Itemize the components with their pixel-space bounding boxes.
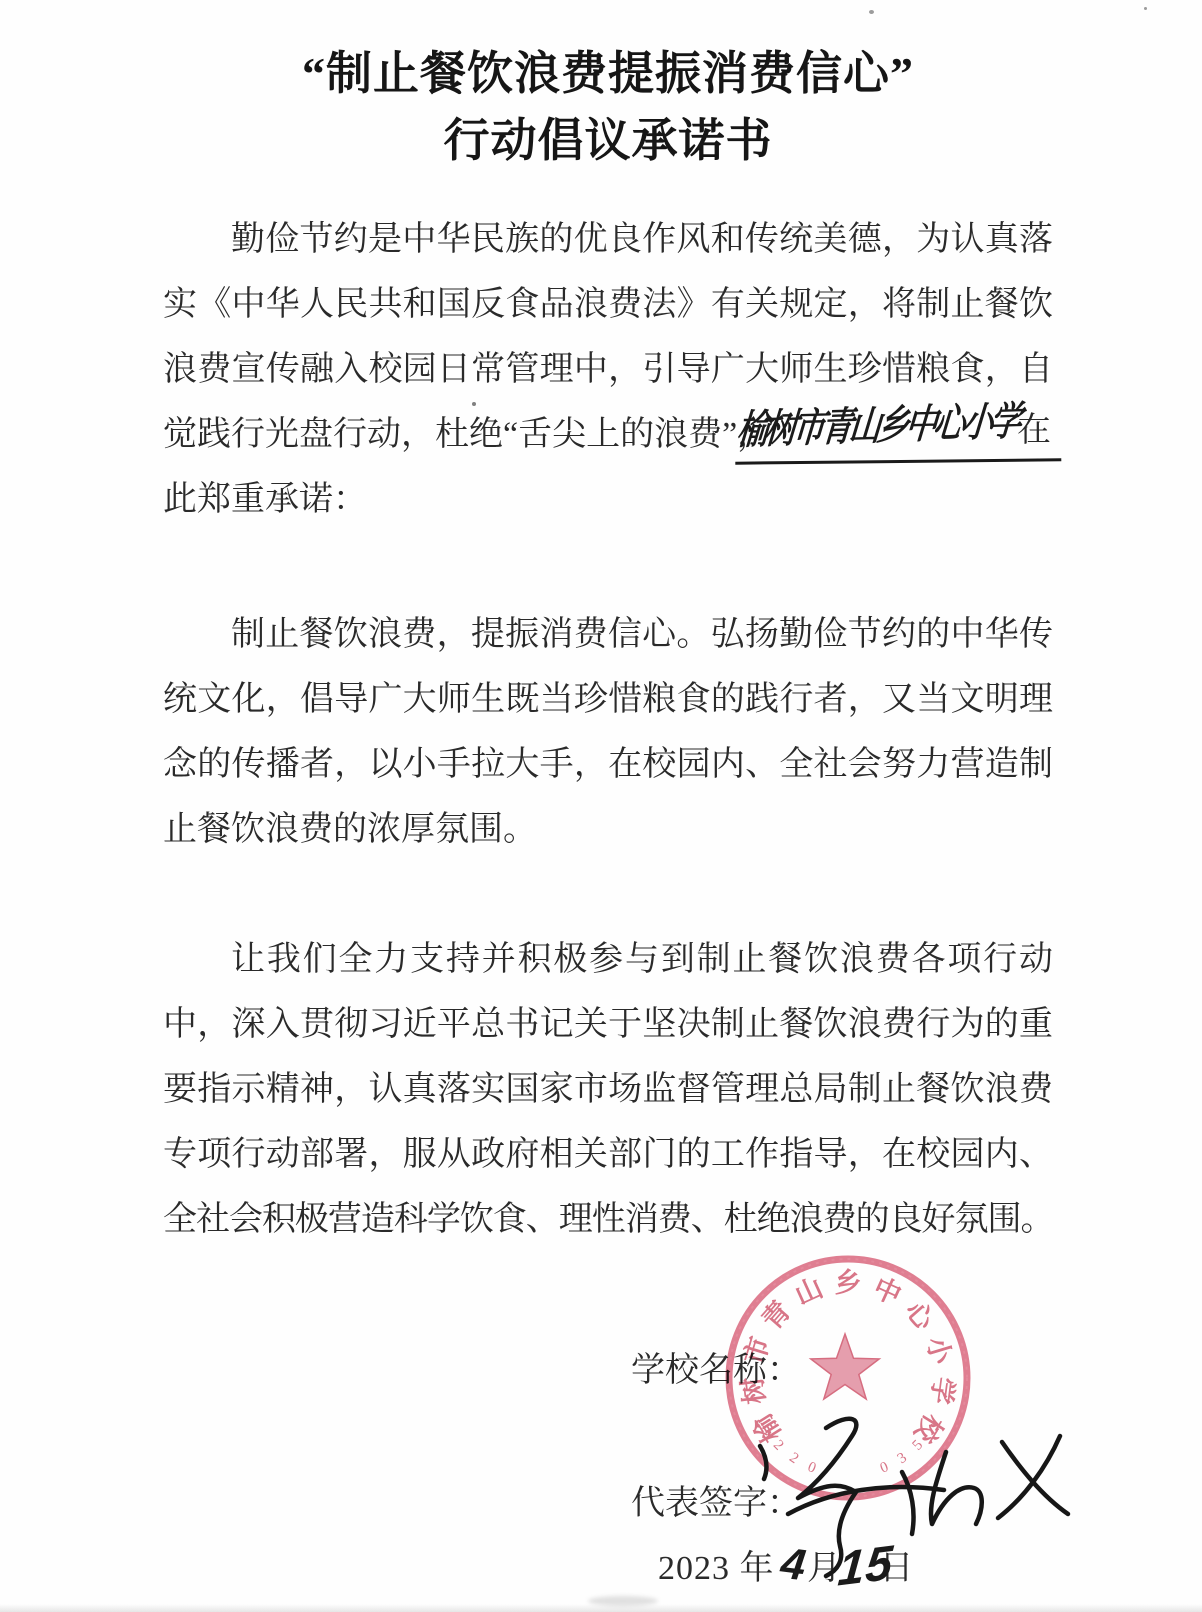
body-line-suffix: 在 — [1017, 402, 1051, 460]
scan-speck — [1144, 7, 1147, 10]
svg-text:市: 市 — [739, 1333, 776, 1368]
body-line: 勤俭节约是中华民族的优良作风和传统美德，为认真落 — [163, 207, 1053, 272]
body-line-with-handwriting: 觉践行光盘行动，杜绝“舌尖上的浪费”， 榆树市青山乡中心小学 在 — [163, 402, 1053, 467]
handwritten-school-name: 榆树市青山乡中心小学 — [734, 393, 1021, 460]
svg-text:山: 山 — [790, 1272, 827, 1310]
scan-smudge — [588, 1596, 658, 1606]
scan-speck — [869, 10, 874, 14]
body-line: 实《中华人民共和国反食品浪费法》有关规定，将制止餐饮 — [163, 272, 1053, 337]
svg-text:心: 心 — [899, 1295, 940, 1336]
body-line: 全社会积极营造科学饮食、理性消费、杜绝浪费的良好氛围。 — [163, 1187, 1053, 1252]
paragraph-3: 让我们全力支持并积极参与到制止餐饮浪费各项行动 中，深入贯彻习近平总书记关于坚决… — [163, 927, 1053, 1252]
body-line: 浪费宣传融入校园日常管理中，引导广大师生珍惜粮食，自 — [163, 337, 1053, 402]
representative-signature-handwriting — [700, 1398, 1120, 1598]
body-line: 让我们全力支持并积极参与到制止餐饮浪费各项行动 — [163, 927, 1053, 992]
svg-text:乡: 乡 — [835, 1267, 862, 1298]
body-line: 止餐饮浪费的浓厚氛围。 — [163, 797, 1053, 862]
body-line: 要指示精神，认真落实国家市场监督管理总局制止餐饮浪费 — [163, 1057, 1053, 1122]
paragraph-1: 勤俭节约是中华民族的优良作风和传统美德，为认真落 实《中华人民共和国反食品浪费法… — [163, 207, 1053, 532]
body-line: 统文化，倡导广大师生既当珍惜粮食的践行者，又当文明理 — [163, 667, 1053, 732]
svg-text:小: 小 — [921, 1333, 958, 1368]
document-title-line2: 行动倡议承诺书 — [163, 107, 1053, 174]
body-line: 念的传播者，以小手拉大手，在校园内、全社会努力营造制 — [163, 732, 1053, 797]
body-line: 此郑重承诺： — [163, 467, 1053, 532]
document-title: “制止餐饮浪费提振消费信心” 行动倡议承诺书 — [163, 40, 1053, 174]
svg-text:青: 青 — [756, 1295, 796, 1335]
scan-speck — [472, 402, 476, 406]
handwritten-school-name-underline: 榆树市青山乡中心小学 — [735, 400, 1062, 464]
svg-text:中: 中 — [869, 1272, 906, 1310]
document-title-line1: “制止餐饮浪费提振消费信心” — [163, 40, 1053, 107]
body-line: 制止餐饮浪费，提振消费信心。弘扬勤俭节约的中华传 — [163, 602, 1053, 667]
scanned-document-page: “制止餐饮浪费提振消费信心” 行动倡议承诺书 勤俭节约是中华民族的优良作风和传统… — [0, 0, 1202, 1612]
body-line-prefix: 觉践行光盘行动，杜绝“舌尖上的浪费”， — [163, 416, 771, 453]
body-line: 中，深入贯彻习近平总书记关于坚决制止餐饮浪费行为的重 — [163, 992, 1053, 1057]
body-line: 专项行动部署，服从政府相关部门的工作指导，在校园内、 — [163, 1122, 1053, 1187]
paragraph-2: 制止餐饮浪费，提振消费信心。弘扬勤俭节约的中华传 统文化，倡导广大师生既当珍惜粮… — [163, 602, 1053, 862]
seal-star-icon — [811, 1334, 879, 1399]
